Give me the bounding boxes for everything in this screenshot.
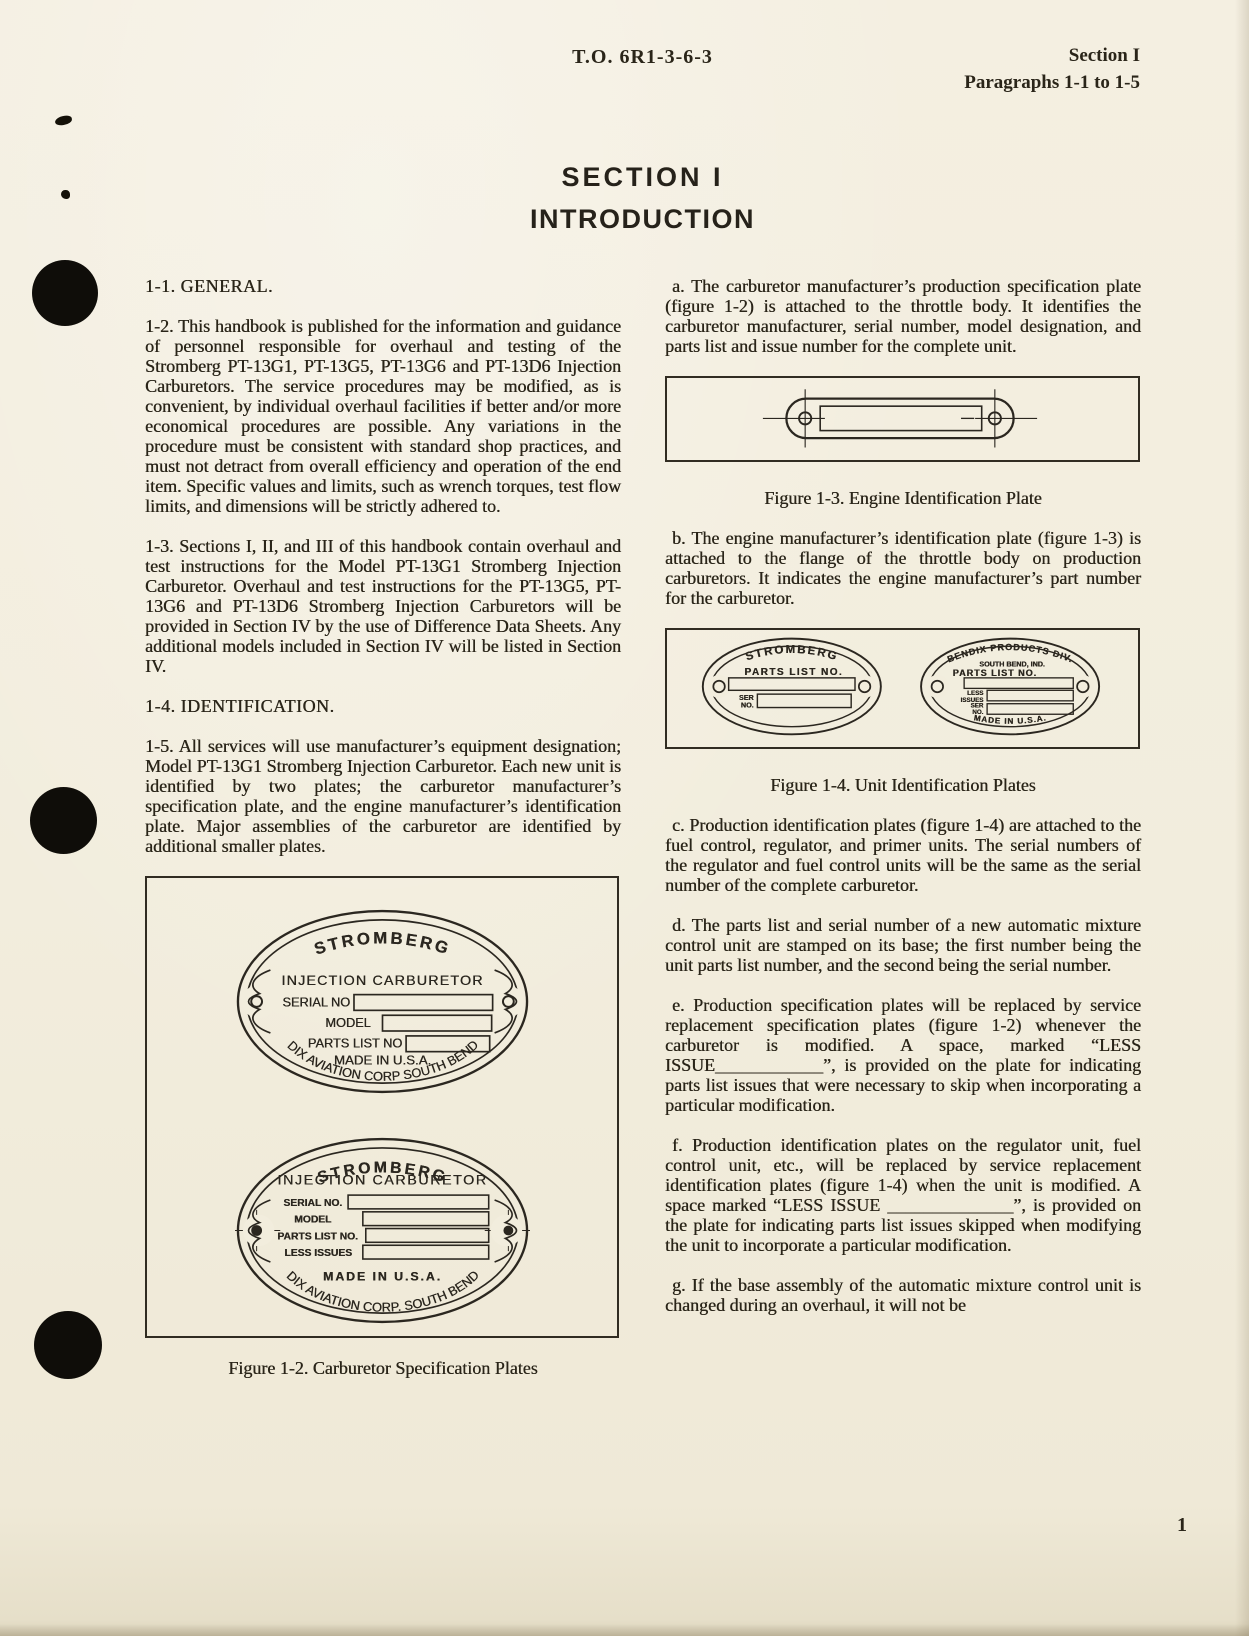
section-title-block: SECTION I INTRODUCTION: [145, 162, 1140, 235]
paragraph-1-2: 1-2. This handbook is published for the …: [145, 316, 621, 516]
two-column-body: 1-1. GENERAL. 1-2. This handbook is publ…: [145, 276, 1141, 1398]
plate-line2-text: INJECTION CARBURETOR: [281, 973, 483, 989]
binder-hole-dot: [32, 260, 98, 326]
plate-field-label: MODEL: [294, 1215, 331, 1226]
plate-brand-text: STROMBERG: [744, 644, 839, 663]
plate-field-label: NO.: [741, 702, 754, 710]
paper-edge-shadow: [1235, 0, 1249, 1636]
figure-1-2-carburetor-specification-plates: STROMBERG INJECTION CARBURETOR SERIAL NO…: [145, 876, 619, 1338]
left-column: 1-1. GENERAL. 1-2. This handbook is publ…: [145, 276, 621, 1398]
plate-field-label: SERIAL NO: [282, 994, 350, 1009]
section-ref: Section I: [964, 42, 1140, 69]
figure-1-4-caption: Figure 1-4. Unit Identification Plates: [665, 775, 1141, 795]
carburetor-spec-plate-service: STROMBERG INJECTION CARBURETOR SERIAL NO…: [235, 1135, 530, 1327]
plate-made-text: MADE IN U.S.A.: [973, 713, 1047, 726]
figure-1-3-caption: Figure 1-3. Engine Identification Plate: [665, 488, 1141, 508]
section-title: SECTION I: [145, 162, 1140, 193]
paragraph-e: e. Production specification plates will …: [665, 995, 1141, 1115]
paragraph-c: c. Production identification plates (fig…: [665, 815, 1141, 895]
svg-text:STROMBERG: STROMBERG: [744, 644, 839, 663]
paragraph-g: g. If the base assembly of the automatic…: [665, 1275, 1141, 1315]
binder-hole-dot: [34, 1311, 102, 1379]
plate-field-label: PARTS LIST NO.: [744, 667, 843, 678]
paragraph-d: d. The parts list and serial number of a…: [665, 915, 1141, 975]
plate-field-label: MODEL: [325, 1015, 370, 1030]
plate-field-label: PARTS LIST NO.: [953, 668, 1037, 678]
unit-plate-stromberg: STROMBERG PARTS LIST NO. SER NO.: [703, 639, 881, 735]
ink-speck: [61, 190, 70, 199]
paragraph-1-5: 1-5. All services will use manufacturer’…: [145, 736, 621, 856]
paragraph-1-3: 1-3. Sections I, II, and III of this han…: [145, 536, 621, 676]
carburetor-spec-plate-production: STROMBERG INJECTION CARBURETOR SERIAL NO…: [235, 908, 530, 1095]
binder-hole-dot: [30, 787, 97, 854]
figure-1-4-unit-identification-plates: STROMBERG PARTS LIST NO. SER NO.: [665, 628, 1140, 749]
heading-1-4: 1-4. IDENTIFICATION.: [145, 696, 621, 716]
paragraphs-ref: Paragraphs 1-1 to 1-5: [964, 69, 1140, 96]
section-subtitle: INTRODUCTION: [145, 204, 1140, 235]
page-number: 1: [1177, 1514, 1187, 1537]
heading-1-1: 1-1. GENERAL.: [145, 276, 621, 296]
figure-1-2-caption: Figure 1-2. Carburetor Specification Pla…: [145, 1358, 621, 1378]
engine-identification-plate-drawing: [667, 378, 1133, 455]
paragraph-a: a. The carburetor manufacturer’s product…: [665, 276, 1141, 356]
svg-text:STROMBERG: STROMBERG: [311, 928, 452, 958]
header-right: Section I Paragraphs 1-1 to 1-5: [964, 42, 1140, 96]
plate-line2-text: INJECTION CARBURETOR: [277, 1172, 487, 1188]
paragraph-f: f. Production identification plates on t…: [665, 1135, 1141, 1255]
scanned-manual-page: T.O. 6R1-3-6-3 Section I Paragraphs 1-1 …: [0, 0, 1249, 1636]
plate-brand-text: STROMBERG: [311, 928, 452, 958]
ink-speck: [54, 115, 72, 126]
unit-plate-bendix: BENDIX PRODUCTS DIV. SOUTH BEND, IND. PA…: [921, 639, 1099, 735]
plate-field-label: LESS ISSUES: [284, 1248, 352, 1259]
svg-text:MADE IN U.S.A.: MADE IN U.S.A.: [973, 713, 1047, 726]
plate-field-label: PARTS LIST NO.: [277, 1231, 358, 1242]
plate-made-text: MADE IN U.S.A.: [323, 1270, 442, 1284]
unit-identification-plates-drawing: STROMBERG PARTS LIST NO. SER NO.: [667, 630, 1133, 742]
figure-1-3-engine-identification-plate: [665, 376, 1140, 462]
paragraph-b: b. The engine manufacturer’s identificat…: [665, 528, 1141, 608]
plate-field-label: SERIAL NO.: [283, 1198, 342, 1209]
paper-edge-shadow: [0, 1624, 1249, 1636]
plate-field-label: PARTS LIST NO: [307, 1036, 401, 1051]
right-column: a. The carburetor manufacturer’s product…: [665, 276, 1141, 1398]
